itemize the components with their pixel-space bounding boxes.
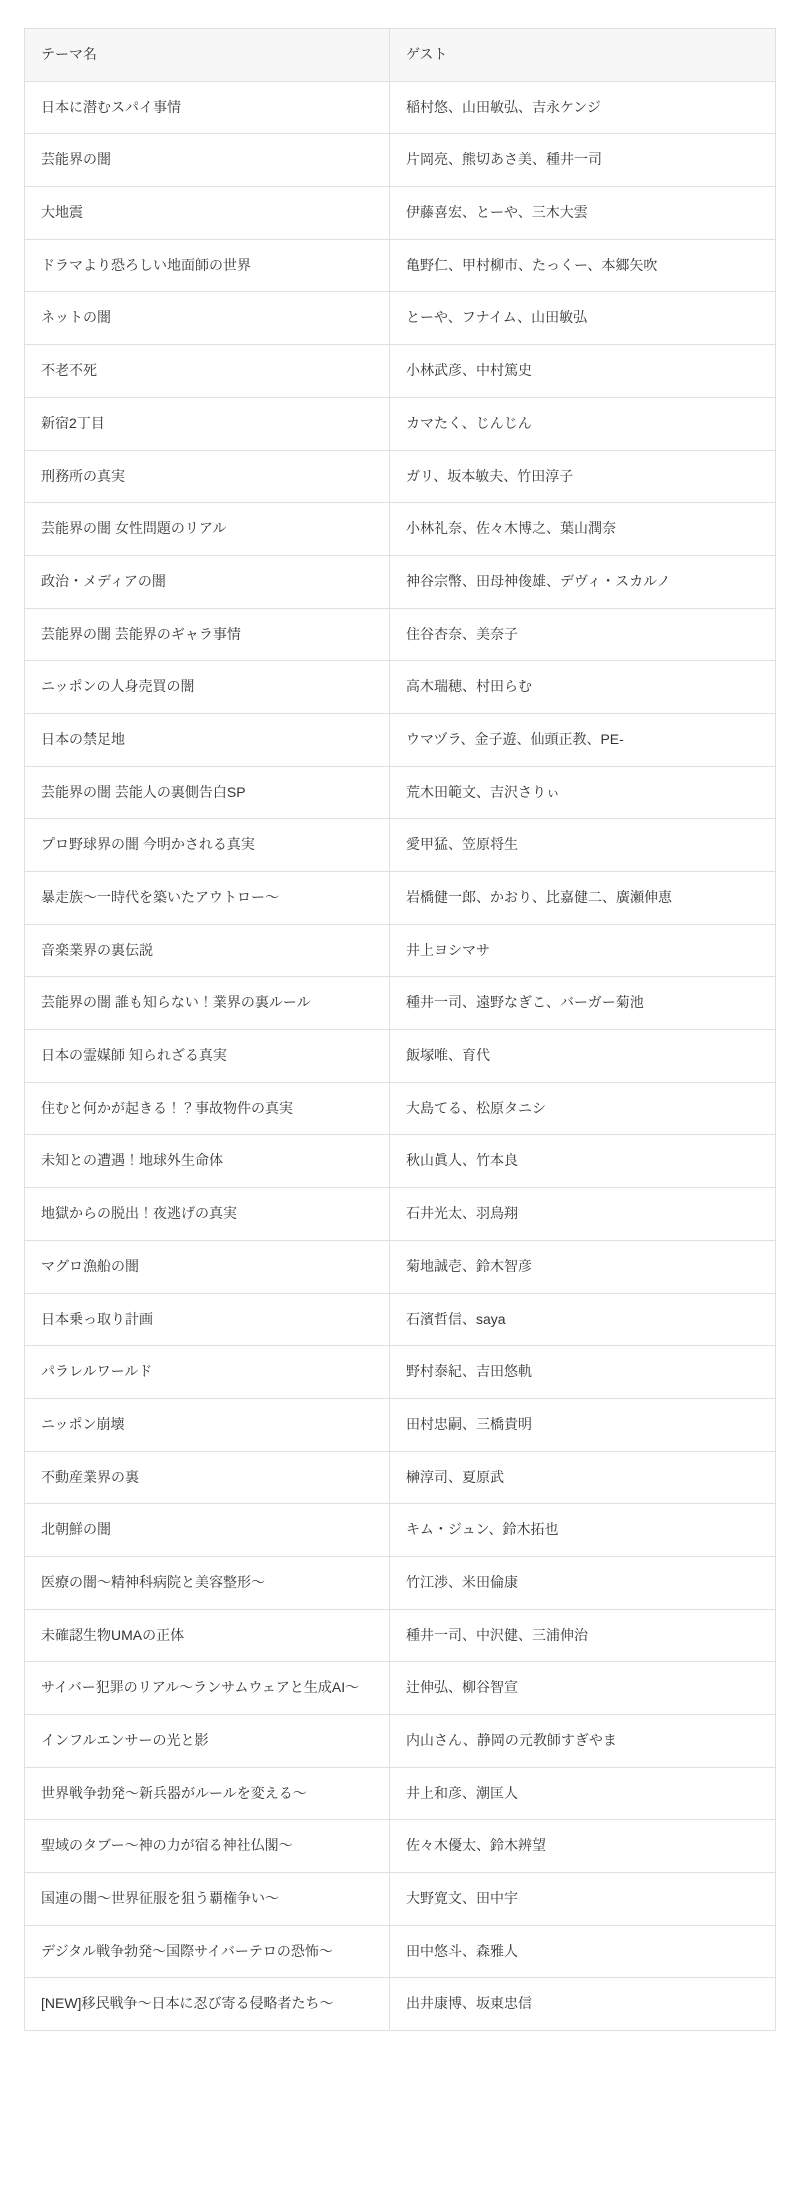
table-row: 世界戦争勃発～新兵器がルールを変える～井上和彦、潮匡人 (25, 1767, 776, 1820)
guest-cell: 小林礼奈、佐々木博之、葉山潤奈 (389, 503, 775, 556)
guest-cell: 岩橋健一郎、かおり、比嘉健二、廣瀬伸恵 (389, 872, 775, 925)
table-row: 住むと何かが起きる！？事故物件の真実大島てる、松原タニシ (25, 1082, 776, 1135)
theme-cell: 日本乗っ取り計画 (25, 1293, 390, 1346)
theme-cell: 芸能界の闇 芸能界のギャラ事情 (25, 608, 390, 661)
theme-cell: 世界戦争勃発～新兵器がルールを変える～ (25, 1767, 390, 1820)
table-row: 国連の闇～世界征服を狙う覇権争い～大野寛文、田中宇 (25, 1873, 776, 1926)
theme-cell: パラレルワールド (25, 1346, 390, 1399)
guest-cell: 片岡亮、熊切あさ美、種井一司 (389, 134, 775, 187)
theme-cell: 音楽業界の裏伝説 (25, 924, 390, 977)
theme-cell: インフルエンサーの光と影 (25, 1715, 390, 1768)
theme-cell: サイバー犯罪のリアル～ランサムウェアと生成AI～ (25, 1662, 390, 1715)
theme-cell: 医療の闇～精神科病院と美容整形～ (25, 1556, 390, 1609)
header-row: テーマ名 ゲスト (25, 29, 776, 82)
guest-cell: 亀野仁、甲村柳市、たっくー、本郷矢吹 (389, 239, 775, 292)
table-row: 刑務所の真実ガリ、坂本敏夫、竹田淳子 (25, 450, 776, 503)
table-row: 聖域のタブー～神の力が宿る神社仏閣～佐々木優太、鈴木辨望 (25, 1820, 776, 1873)
table-row: 芸能界の闇 誰も知らない！業界の裏ルール種井一司、遠野なぎこ、バーガー菊池 (25, 977, 776, 1030)
theme-cell: ネットの闇 (25, 292, 390, 345)
table-row: 日本の禁足地ウマヅラ、金子遊、仙頭正教、PE- (25, 713, 776, 766)
guest-cell: 秋山眞人、竹本良 (389, 1135, 775, 1188)
guest-cell: 神谷宗幣、田母神俊雄、デヴィ・スカルノ (389, 555, 775, 608)
guest-cell: 稲村悠、山田敏弘、吉永ケンジ (389, 81, 775, 134)
table-row: プロ野球界の闇 今明かされる真実愛甲猛、笠原将生 (25, 819, 776, 872)
theme-cell: 日本の禁足地 (25, 713, 390, 766)
guest-cell: 田村忠嗣、三橋貴明 (389, 1398, 775, 1451)
table-row: 音楽業界の裏伝説井上ヨシマサ (25, 924, 776, 977)
guest-cell: 辻伸弘、柳谷智宣 (389, 1662, 775, 1715)
theme-cell: マグロ漁船の闇 (25, 1240, 390, 1293)
table-row: 芸能界の闇 女性問題のリアル小林礼奈、佐々木博之、葉山潤奈 (25, 503, 776, 556)
guest-cell: 飯塚唯、育代 (389, 1030, 775, 1083)
theme-cell: 聖域のタブー～神の力が宿る神社仏閣～ (25, 1820, 390, 1873)
theme-cell: 未確認生物UMAの正体 (25, 1609, 390, 1662)
table-row: インフルエンサーの光と影内山さん、静岡の元教師すぎやま (25, 1715, 776, 1768)
theme-cell: 芸能界の闇 (25, 134, 390, 187)
table-row: 暴走族～一時代を築いたアウトロー～岩橋健一郎、かおり、比嘉健二、廣瀬伸恵 (25, 872, 776, 925)
theme-cell: 新宿2丁目 (25, 397, 390, 450)
guest-cell: とーや、フナイム、山田敏弘 (389, 292, 775, 345)
theme-cell: 刑務所の真実 (25, 450, 390, 503)
guest-cell: 野村泰紀、吉田悠軌 (389, 1346, 775, 1399)
theme-cell: 国連の闇～世界征服を狙う覇権争い～ (25, 1873, 390, 1926)
table-row: 不動産業界の裏榊淳司、夏原武 (25, 1451, 776, 1504)
guest-cell: 小林武彦、中村篤史 (389, 345, 775, 398)
theme-guest-table: テーマ名 ゲスト 日本に潜むスパイ事情稲村悠、山田敏弘、吉永ケンジ芸能界の闇片岡… (24, 28, 776, 2031)
table-row: マグロ漁船の闇菊地誠壱、鈴木智彦 (25, 1240, 776, 1293)
theme-cell: [NEW]移民戦争～日本に忍び寄る侵略者たち～ (25, 1978, 390, 2031)
guest-cell: カマたく、じんじん (389, 397, 775, 450)
guest-cell: 出井康博、坂東忠信 (389, 1978, 775, 2031)
guest-cell: 大野寛文、田中宇 (389, 1873, 775, 1926)
theme-cell: 日本に潜むスパイ事情 (25, 81, 390, 134)
guest-cell: 菊地誠壱、鈴木智彦 (389, 1240, 775, 1293)
table-row: 未確認生物UMAの正体種井一司、中沢健、三浦伸治 (25, 1609, 776, 1662)
guest-cell: 愛甲猛、笠原将生 (389, 819, 775, 872)
column-header-theme: テーマ名 (25, 29, 390, 82)
table-row: ニッポンの人身売買の闇高木瑞穂、村田らむ (25, 661, 776, 714)
guest-cell: 榊淳司、夏原武 (389, 1451, 775, 1504)
guest-cell: 伊藤喜宏、とーや、三木大雲 (389, 187, 775, 240)
guest-cell: 高木瑞穂、村田らむ (389, 661, 775, 714)
theme-cell: プロ野球界の闇 今明かされる真実 (25, 819, 390, 872)
theme-cell: 政治・メディアの闇 (25, 555, 390, 608)
guest-cell: キム・ジュン、鈴木拓也 (389, 1504, 775, 1557)
theme-cell: 暴走族～一時代を築いたアウトロー～ (25, 872, 390, 925)
theme-cell: 地獄からの脱出！夜逃げの真実 (25, 1188, 390, 1241)
guest-cell: 石濱哲信、saya (389, 1293, 775, 1346)
table-row: 日本の霊媒師 知られざる真実飯塚唯、育代 (25, 1030, 776, 1083)
table-row: パラレルワールド野村泰紀、吉田悠軌 (25, 1346, 776, 1399)
theme-cell: 芸能界の闇 女性問題のリアル (25, 503, 390, 556)
guest-cell: 石井光太、羽鳥翔 (389, 1188, 775, 1241)
guest-cell: 種井一司、中沢健、三浦伸治 (389, 1609, 775, 1662)
theme-cell: 日本の霊媒師 知られざる真実 (25, 1030, 390, 1083)
guest-cell: 内山さん、静岡の元教師すぎやま (389, 1715, 775, 1768)
guest-cell: 種井一司、遠野なぎこ、バーガー菊池 (389, 977, 775, 1030)
table-row: 北朝鮮の闇キム・ジュン、鈴木拓也 (25, 1504, 776, 1557)
table-row: 地獄からの脱出！夜逃げの真実石井光太、羽鳥翔 (25, 1188, 776, 1241)
theme-cell: ニッポン崩壊 (25, 1398, 390, 1451)
table-row: ネットの闇とーや、フナイム、山田敏弘 (25, 292, 776, 345)
table-row: 未知との遭遇！地球外生命体秋山眞人、竹本良 (25, 1135, 776, 1188)
theme-cell: 不老不死 (25, 345, 390, 398)
theme-cell: 不動産業界の裏 (25, 1451, 390, 1504)
table-row: 不老不死小林武彦、中村篤史 (25, 345, 776, 398)
table-row: ドラマより恐ろしい地面師の世界亀野仁、甲村柳市、たっくー、本郷矢吹 (25, 239, 776, 292)
table-row: 芸能界の闇片岡亮、熊切あさ美、種井一司 (25, 134, 776, 187)
theme-cell: 未知との遭遇！地球外生命体 (25, 1135, 390, 1188)
theme-cell: 芸能界の闇 誰も知らない！業界の裏ルール (25, 977, 390, 1030)
page: テーマ名 ゲスト 日本に潜むスパイ事情稲村悠、山田敏弘、吉永ケンジ芸能界の闇片岡… (0, 0, 800, 2188)
table-row: サイバー犯罪のリアル～ランサムウェアと生成AI～辻伸弘、柳谷智宣 (25, 1662, 776, 1715)
table-row: [NEW]移民戦争～日本に忍び寄る侵略者たち～出井康博、坂東忠信 (25, 1978, 776, 2031)
guest-cell: 井上和彦、潮匡人 (389, 1767, 775, 1820)
table-row: 医療の闇～精神科病院と美容整形～竹江渉、米田倫康 (25, 1556, 776, 1609)
theme-cell: ドラマより恐ろしい地面師の世界 (25, 239, 390, 292)
guest-cell: 住谷杏奈、美奈子 (389, 608, 775, 661)
theme-cell: 北朝鮮の闇 (25, 1504, 390, 1557)
guest-cell: 荒木田範文、吉沢さりぃ (389, 766, 775, 819)
table-row: 日本に潜むスパイ事情稲村悠、山田敏弘、吉永ケンジ (25, 81, 776, 134)
table-body: 日本に潜むスパイ事情稲村悠、山田敏弘、吉永ケンジ芸能界の闇片岡亮、熊切あさ美、種… (25, 81, 776, 2030)
guest-cell: 田中悠斗、森雅人 (389, 1925, 775, 1978)
guest-cell: 竹江渉、米田倫康 (389, 1556, 775, 1609)
guest-cell: ガリ、坂本敏夫、竹田淳子 (389, 450, 775, 503)
guest-cell: 大島てる、松原タニシ (389, 1082, 775, 1135)
column-header-guest: ゲスト (389, 29, 775, 82)
table-row: ニッポン崩壊田村忠嗣、三橋貴明 (25, 1398, 776, 1451)
table-header: テーマ名 ゲスト (25, 29, 776, 82)
table-row: 新宿2丁目カマたく、じんじん (25, 397, 776, 450)
guest-cell: 佐々木優太、鈴木辨望 (389, 1820, 775, 1873)
theme-cell: 住むと何かが起きる！？事故物件の真実 (25, 1082, 390, 1135)
table-row: デジタル戦争勃発～国際サイバーテロの恐怖～田中悠斗、森雅人 (25, 1925, 776, 1978)
table-row: 芸能界の闇 芸能界のギャラ事情住谷杏奈、美奈子 (25, 608, 776, 661)
theme-cell: デジタル戦争勃発～国際サイバーテロの恐怖～ (25, 1925, 390, 1978)
table-row: 芸能界の闇 芸能人の裏側告白SP荒木田範文、吉沢さりぃ (25, 766, 776, 819)
theme-cell: 芸能界の闇 芸能人の裏側告白SP (25, 766, 390, 819)
table-row: 大地震伊藤喜宏、とーや、三木大雲 (25, 187, 776, 240)
guest-cell: ウマヅラ、金子遊、仙頭正教、PE- (389, 713, 775, 766)
table-row: 政治・メディアの闇神谷宗幣、田母神俊雄、デヴィ・スカルノ (25, 555, 776, 608)
theme-cell: ニッポンの人身売買の闇 (25, 661, 390, 714)
table-row: 日本乗っ取り計画石濱哲信、saya (25, 1293, 776, 1346)
theme-cell: 大地震 (25, 187, 390, 240)
guest-cell: 井上ヨシマサ (389, 924, 775, 977)
